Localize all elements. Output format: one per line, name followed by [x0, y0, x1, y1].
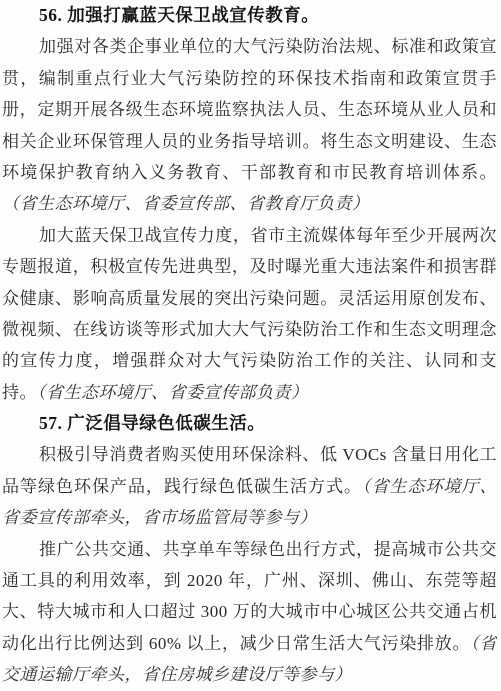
- paragraph-line: 相关企业环保管理人员的业务指导培训。将生态文明建设、生态: [2, 126, 497, 157]
- text-segment: 积极引导消费者购买使用环保涂料、低 VOCs 含量日用化工: [39, 445, 497, 464]
- text-segment: 动化出行比例达到 60% 以上，减少日常生活大气污染排放。: [2, 634, 470, 653]
- heading-item-56: 56. 加强打赢蓝天保卫战宣传教育。: [2, 0, 497, 31]
- text-segment: 大、特大城市和人口超过 300 万的大城市中心城区公共交通占机: [2, 602, 497, 621]
- text-segment: 通工具的利用效率，到 2020 年，广州、深圳、佛山、东莞等超: [2, 571, 497, 590]
- text-segment: 加强对各类企事业单位的大气污染防治法规、标准和政策宣: [39, 37, 497, 56]
- text-segment: 加大蓝天保卫战宣传力度，省市主流媒体每年至少开展两次: [39, 226, 497, 245]
- responsibility-line: 省委宣传部牵头，省市场监管局等参与）: [2, 502, 497, 533]
- paragraph-line: 贯，编制重点行业大气污染防控的环保技术指南和政策宣贯手: [2, 63, 497, 94]
- responsibility-line: 持。（省生态环境厅、省委宣传部负责）: [2, 377, 497, 408]
- responsibility-text: （省: [470, 634, 497, 653]
- paragraph-line: 册，定期开展各级生态环境监察执法人员、生态环境从业人员和: [2, 94, 497, 125]
- paragraph-line: 众健康、影响高质量发展的突出污染问题。灵活运用原创发布、: [2, 283, 497, 314]
- paragraph-line: 的宣传力度，增强群众对大气污染防治工作的关注、认同和支: [2, 345, 497, 376]
- responsibility-line: （省生态环境厅、省委宣传部、省教育厅负责）: [2, 188, 497, 219]
- text-segment: 相关企业环保管理人员的业务指导培训。将生态文明建设、生态: [2, 132, 497, 151]
- responsibility-text: （省生态环境厅、: [362, 477, 497, 496]
- text-segment: 微视频、在线访谈等形式加大大气污染防治工作和生态文明理念: [2, 320, 497, 339]
- text-segment: 册，定期开展各级生态环境监察执法人员、生态环境从业人员和: [2, 100, 497, 119]
- document-page: 56. 加强打赢蓝天保卫战宣传教育。加强对各类企事业单位的大气污染防治法规、标准…: [0, 0, 501, 691]
- responsibility-text: （省生态环境厅、省委宣传部负责）: [37, 383, 309, 402]
- paragraph-line: 大、特大城市和人口超过 300 万的大城市中心城区公共交通占机: [2, 596, 497, 627]
- text-segment: 的宣传力度，增强群众对大气污染防治工作的关注、认同和支: [2, 351, 497, 370]
- text-segment: 品等绿色环保产品，践行绿色低碳生活方式。: [2, 477, 362, 496]
- text-segment: 持。: [2, 383, 37, 402]
- text-segment: 贯，编制重点行业大气污染防控的环保技术指南和政策宣贯手: [2, 69, 497, 88]
- responsibility-text: 交通运输厅牵头，省住房城乡建设厅等参与）: [2, 665, 352, 684]
- text-segment: 56. 加强打赢蓝天保卫战宣传教育。: [39, 5, 319, 25]
- text-segment: 专题报道，积极宣传先进典型，及时曝光重大违法案件和损害群: [2, 257, 497, 276]
- paragraph-line: 推广公共交通、共享单车等绿色出行方式，提高城市公共交: [2, 534, 497, 565]
- paragraph-line: 积极引导消费者购买使用环保涂料、低 VOCs 含量日用化工: [2, 439, 497, 470]
- responsibility-text: 省委宣传部牵头，省市场监管局等参与）: [2, 508, 317, 527]
- paragraph-line: 微视频、在线访谈等形式加大大气污染防治工作和生态文明理念: [2, 314, 497, 345]
- text-segment: 众健康、影响高质量发展的突出污染问题。灵活运用原创发布、: [2, 289, 497, 308]
- document-text: 56. 加强打赢蓝天保卫战宣传教育。加强对各类企事业单位的大气污染防治法规、标准…: [2, 0, 497, 691]
- paragraph-line: 动化出行比例达到 60% 以上，减少日常生活大气污染排放。（省: [2, 628, 497, 659]
- responsibility-line: 交通运输厅牵头，省住房城乡建设厅等参与）: [2, 659, 497, 690]
- paragraph-line: 专题报道，积极宣传先进典型，及时曝光重大违法案件和损害群: [2, 251, 497, 282]
- paragraph-line: 加大蓝天保卫战宣传力度，省市主流媒体每年至少开展两次: [2, 220, 497, 251]
- text-segment: 推广公共交通、共享单车等绿色出行方式，提高城市公共交: [39, 540, 497, 559]
- paragraph-line: 品等绿色环保产品，践行绿色低碳生活方式。（省生态环境厅、: [2, 471, 497, 502]
- paragraph-line: 通工具的利用效率，到 2020 年，广州、深圳、佛山、东莞等超: [2, 565, 497, 596]
- paragraph-line: 加强对各类企事业单位的大气污染防治法规、标准和政策宣: [2, 31, 497, 62]
- paragraph-line: 环境保护教育纳入义务教育、干部教育和市民教育培训体系。: [2, 157, 497, 188]
- text-segment: 57. 广泛倡导绿色低碳生活。: [39, 413, 265, 433]
- responsibility-text: （省生态环境厅、省委宣传部、省教育厅负责）: [2, 194, 370, 213]
- text-segment: 环境保护教育纳入义务教育、干部教育和市民教育培训体系。: [2, 163, 497, 182]
- heading-item-57: 57. 广泛倡导绿色低碳生活。: [2, 408, 497, 439]
